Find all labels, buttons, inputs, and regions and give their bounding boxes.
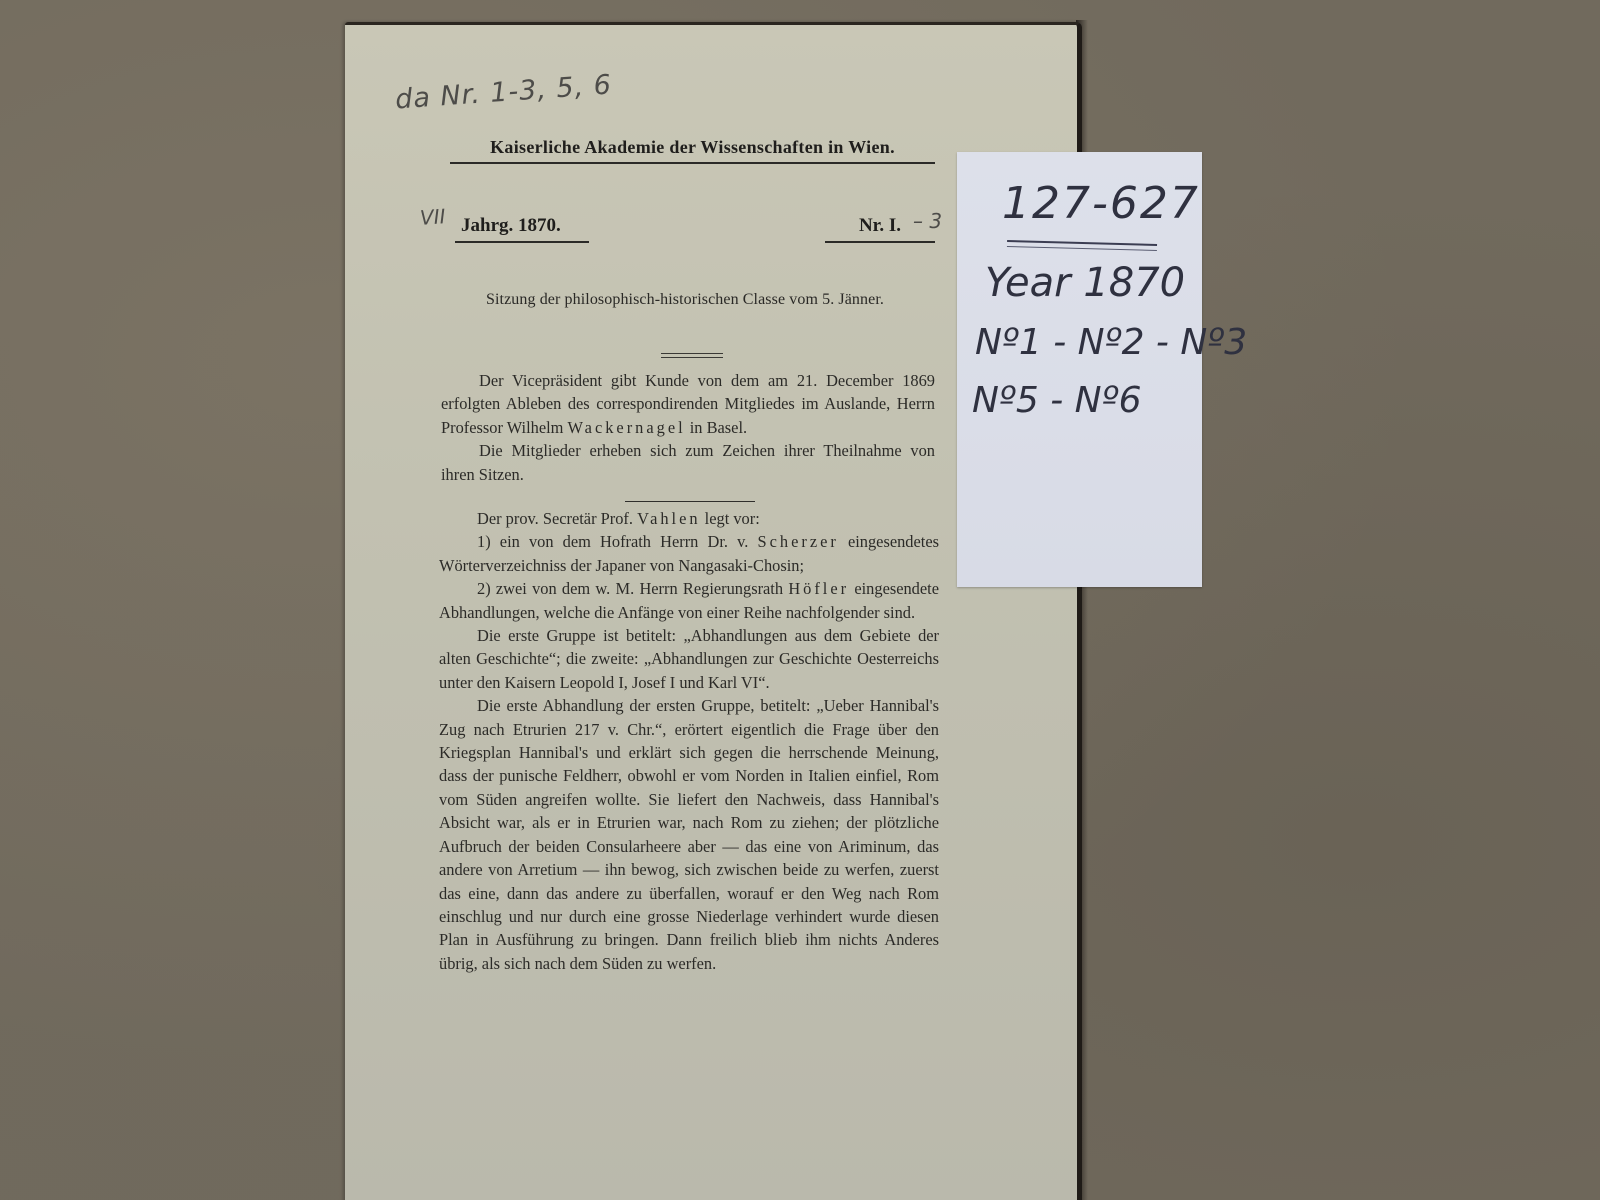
section-obituary: Der Vicepräsident gibt Kunde von dem am … <box>441 369 935 486</box>
session-title: Sitzung der philosophisch-historischen C… <box>435 291 935 309</box>
paragraph: Die erste Gruppe ist betitelt: „Abhandlu… <box>439 624 939 694</box>
section-submissions: Der prov. Secretär Prof. Vahlen legt vor… <box>439 507 939 975</box>
catalog-year: Year 1870 <box>985 260 1185 306</box>
paragraph: Der prov. Secretär Prof. Vahlen legt vor… <box>439 507 939 530</box>
catalog-code: 127-627 <box>1002 178 1200 229</box>
catalog-numbers-line-1: Nº1 - Nº2 - Nº3 <box>975 322 1247 363</box>
year-label: Jahrg. 1870. <box>455 215 589 243</box>
handwritten-volume-mark: VII <box>419 204 446 230</box>
section-divider <box>625 501 755 502</box>
catalog-numbers-line-2: Nº5 - Nº6 <box>972 380 1141 421</box>
paragraph: 1) ein von dem Hofrath Herrn Dr. v. Sche… <box>439 530 939 577</box>
handwritten-underline <box>1007 240 1157 251</box>
paragraph: 2) zwei von dem w. M. Herrn Regierungsra… <box>439 577 939 624</box>
double-rule-divider <box>661 353 723 358</box>
paragraph: Der Vicepräsident gibt Kunde von dem am … <box>441 369 935 439</box>
catalog-label-card: 127-627 Year 1870 Nº1 - Nº2 - Nº3 Nº5 - … <box>957 152 1202 587</box>
paragraph: Die Mitglieder erheben sich zum Zeichen … <box>441 439 935 486</box>
masthead-title: Kaiserliche Akademie der Wissenschaften … <box>450 137 935 164</box>
handwritten-note: da Nr. 1-3, 5, 6 <box>394 69 613 115</box>
paragraph: Die erste Abhandlung der ersten Gruppe, … <box>439 694 939 975</box>
handwritten-number-mark: – 3 <box>913 209 942 233</box>
